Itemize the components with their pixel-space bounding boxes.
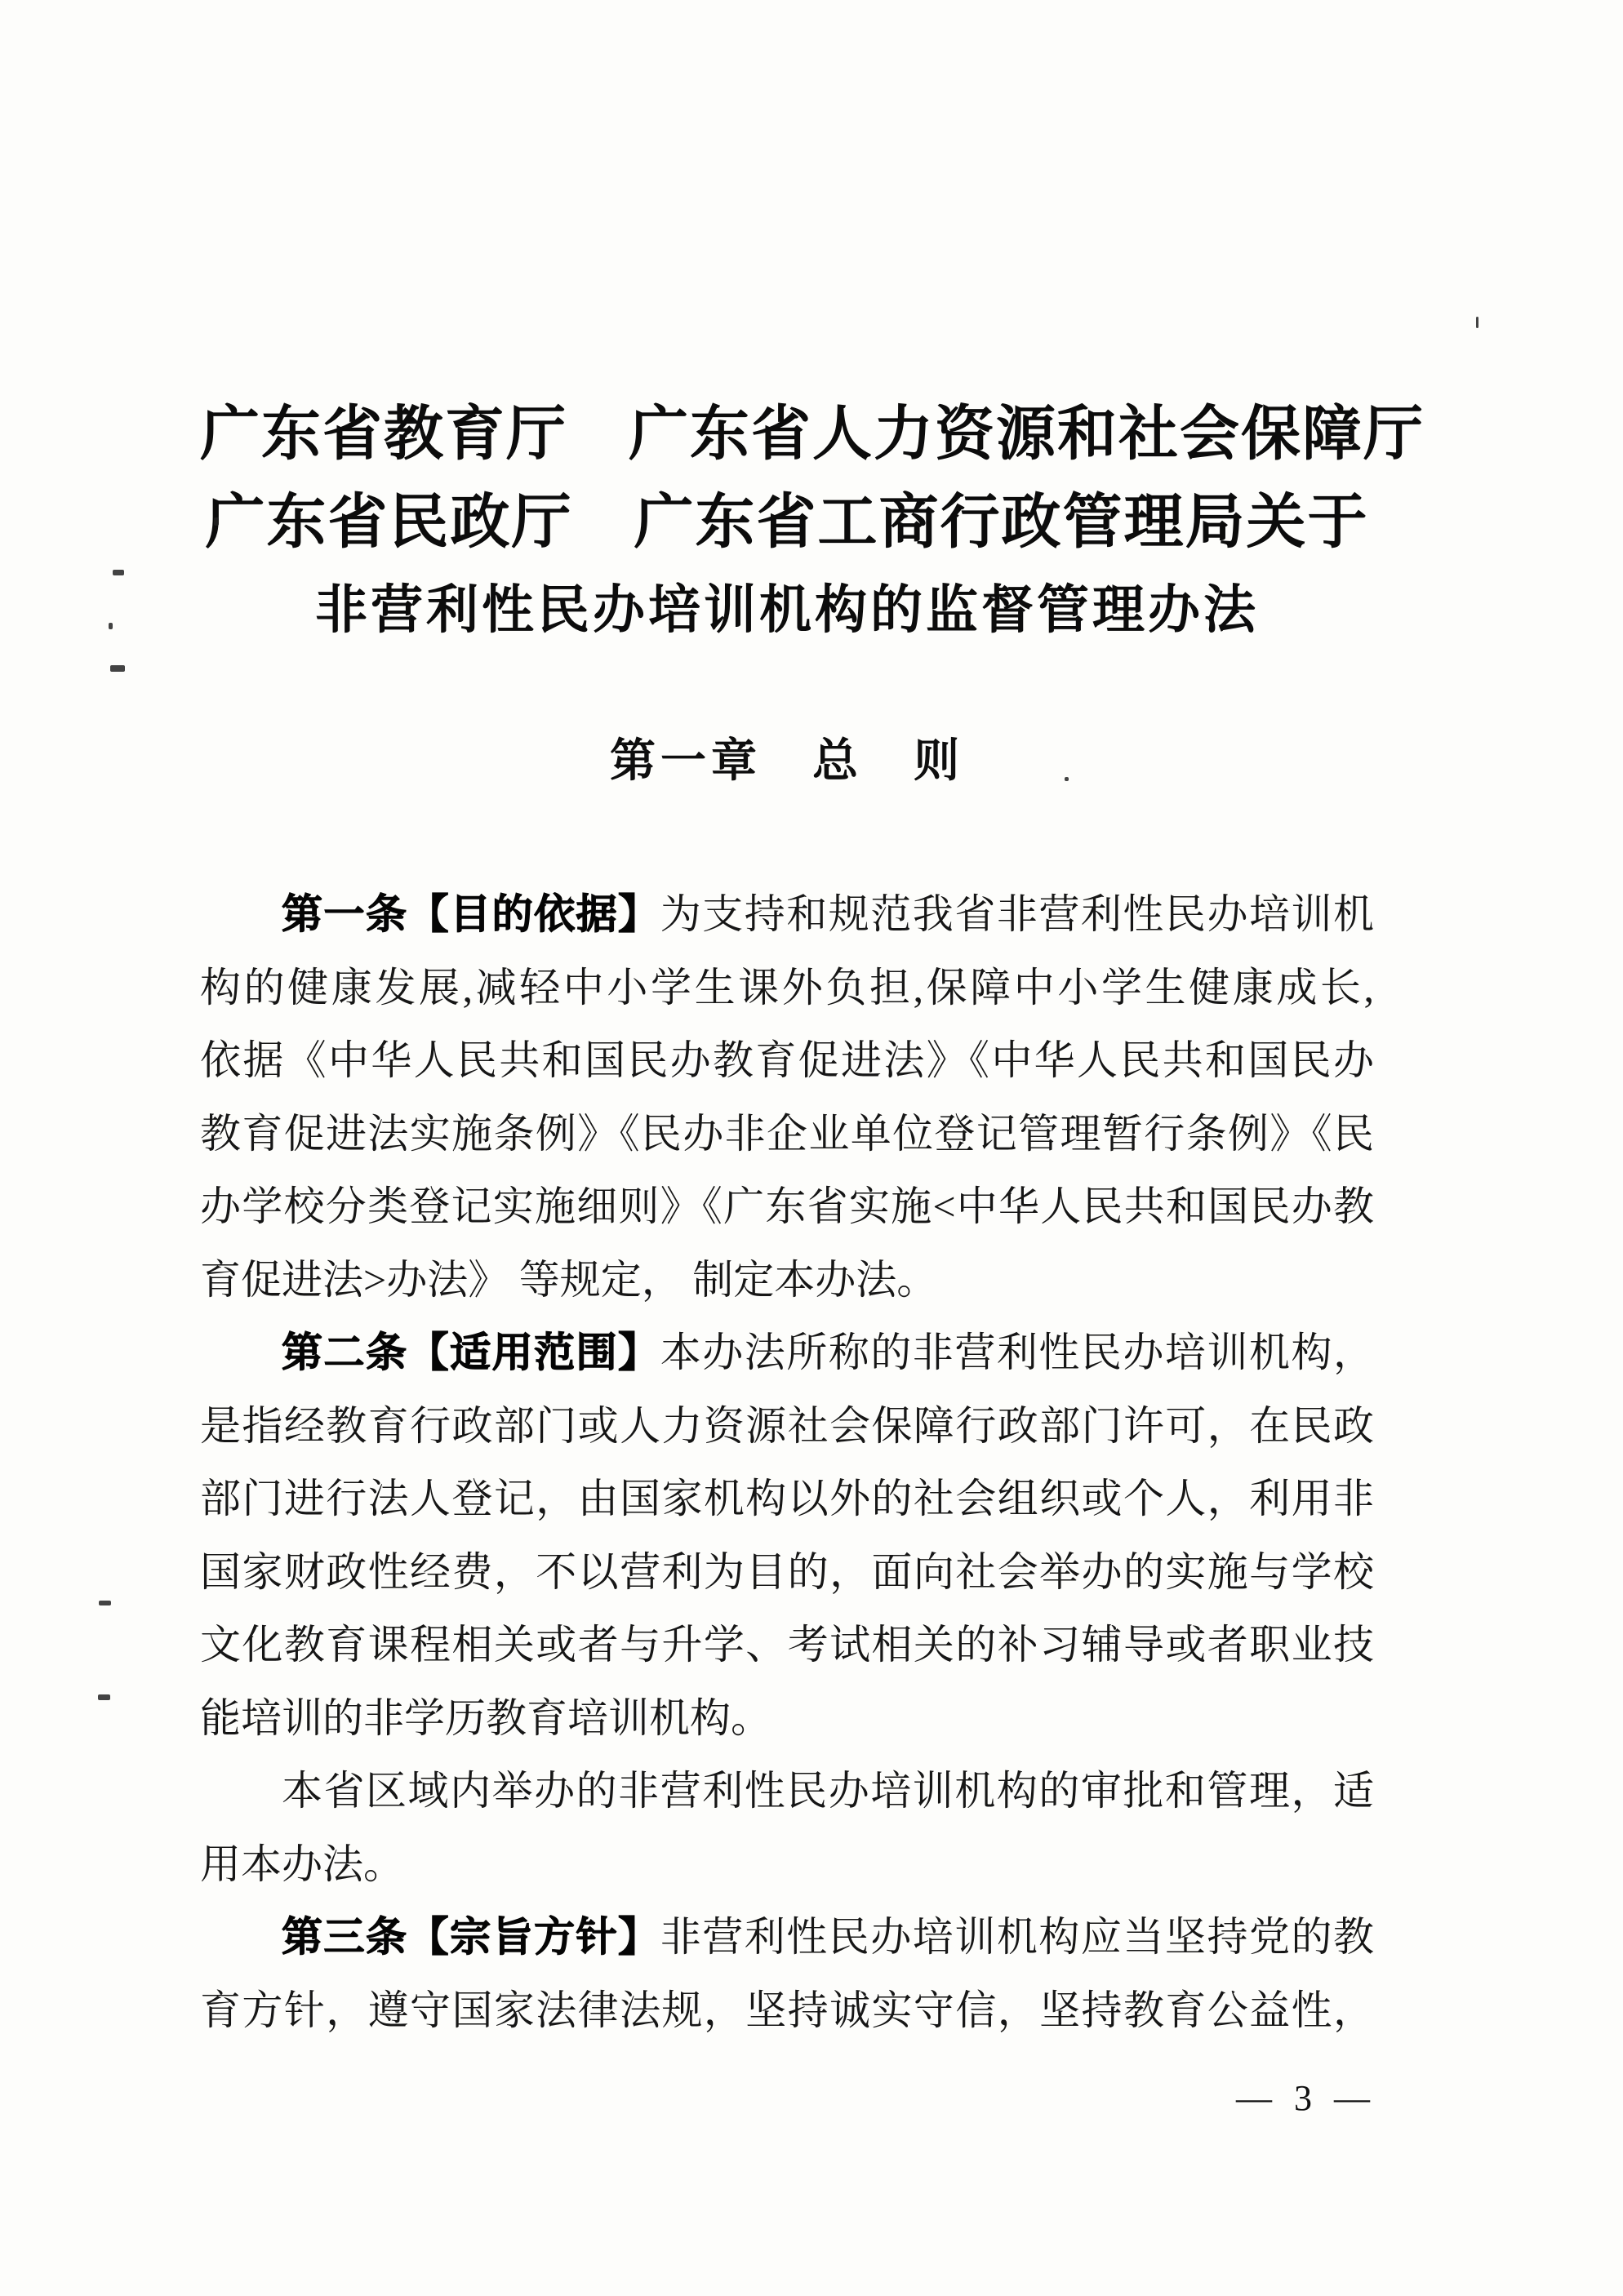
body-line: 育方针，遵守国家法律法规，坚持诚实守信，坚持教育公益性， xyxy=(200,1974,1374,2048)
body-line: 第一条【目的依据】为支持和规范我省非营利性民办培训机 xyxy=(200,878,1374,952)
article-lead: 第二条【适用范围】 xyxy=(282,1330,660,1375)
title-line-3: 非营利性民办培训机构的监督管理办法 xyxy=(200,566,1374,655)
article-lead: 第一条【目的依据】 xyxy=(282,891,660,937)
body-line: 本省区域内举办的非营利性民办培训机构的审批和管理，适 xyxy=(200,1755,1374,1828)
document-page: 广东省教育厅 广东省人力资源和社会保障厅 广东省民政厅 广东省工商行政管理局关于… xyxy=(0,0,1623,2296)
body-line-text: 非营利性民办培训机构应当坚持党的教 xyxy=(660,1914,1374,1960)
body-line: 文化教育课程相关或者与升学、考试相关的补习辅导或者职业技 xyxy=(200,1609,1374,1682)
body-line-text: 教育促进法实施条例》《民办非企业单位登记管理暂行条例》《民 xyxy=(200,1111,1374,1157)
body-line-text: 育促进法>办法》 等规定， 制定本办法。 xyxy=(200,1257,937,1303)
body-line: 国家财政性经费，不以营利为目的，面向社会举办的实施与学校 xyxy=(200,1536,1374,1610)
body-line-text: 本办法所称的非营利性民办培训机构， xyxy=(660,1330,1374,1375)
scan-speck xyxy=(1065,777,1069,781)
body-line-text: 本省区域内举办的非营利性民办培训机构的审批和管理，适 xyxy=(282,1768,1374,1814)
body-line-text: 育方针，遵守国家法律法规，坚持诚实守信，坚持教育公益性， xyxy=(200,1987,1374,2033)
chapter-heading: 第一章 总 则 xyxy=(200,725,1374,790)
body-line: 部门进行法人登记，由国家机构以外的社会组织或个人，利用非 xyxy=(200,1463,1374,1536)
scan-speck xyxy=(109,623,113,629)
body-line-text: 用本办法。 xyxy=(200,1841,404,1887)
body-line: 教育促进法实施条例》《民办非企业单位登记管理暂行条例》《民 xyxy=(200,1098,1374,1171)
body-line: 第三条【宗旨方针】非营利性民办培训机构应当坚持党的教 xyxy=(200,1901,1374,1974)
body-line-text: 国家财政性经费，不以营利为目的，面向社会举办的实施与学校 xyxy=(200,1549,1374,1595)
title-line-1: 广东省教育厅 广东省人力资源和社会保障厅 xyxy=(200,390,1374,478)
scan-speck xyxy=(214,517,219,526)
article-lead: 第三条【宗旨方针】 xyxy=(282,1914,660,1960)
document-body: 第一条【目的依据】为支持和规范我省非营利性民办培训机构的健康发展,减轻中小学生课… xyxy=(200,878,1374,2047)
body-line-text: 依据《中华人民共和国民办教育促进法》《中华人民共和国民办 xyxy=(200,1037,1374,1083)
body-line-text: 办学校分类登记实施细则》《广东省实施<中华人民共和国民办教 xyxy=(200,1184,1374,1229)
body-line-text: 部门进行法人登记，由国家机构以外的社会组织或个人，利用非 xyxy=(200,1476,1374,1521)
body-line-text: 文化教育课程相关或者与升学、考试相关的补习辅导或者职业技 xyxy=(200,1622,1374,1668)
body-line: 构的健康发展,减轻中小学生课外负担,保障中小学生健康成长, xyxy=(200,952,1374,1025)
body-line: 依据《中华人民共和国民办教育促进法》《中华人民共和国民办 xyxy=(200,1024,1374,1098)
scan-speck xyxy=(1476,317,1478,328)
body-line: 办学校分类登记实施细则》《广东省实施<中华人民共和国民办教 xyxy=(200,1170,1374,1244)
title-line-2: 广东省民政厅 广东省工商行政管理局关于 xyxy=(200,478,1374,566)
body-line-text: 能培训的非学历教育培训机构。 xyxy=(200,1695,771,1741)
body-line: 用本办法。 xyxy=(200,1828,1374,1902)
scan-speck xyxy=(110,665,125,672)
body-line: 第二条【适用范围】本办法所称的非营利性民办培训机构， xyxy=(200,1317,1374,1390)
page-number: — 3 — xyxy=(1200,2077,1412,2119)
scan-speck xyxy=(113,570,124,575)
body-line-text: 是指经教育行政部门或人力资源社会保障行政部门许可，在民政 xyxy=(200,1403,1374,1449)
body-line: 是指经教育行政部门或人力资源社会保障行政部门许可，在民政 xyxy=(200,1390,1374,1463)
body-line: 育促进法>办法》 等规定， 制定本办法。 xyxy=(200,1244,1374,1317)
document-title: 广东省教育厅 广东省人力资源和社会保障厅 广东省民政厅 广东省工商行政管理局关于… xyxy=(200,390,1374,655)
scan-speck xyxy=(98,1694,110,1700)
scan-speck xyxy=(99,1601,111,1605)
body-line-text: 为支持和规范我省非营利性民办培训机 xyxy=(660,891,1374,937)
body-line-text: 构的健康发展,减轻中小学生课外负担,保障中小学生健康成长, xyxy=(200,965,1374,1010)
body-line: 能培训的非学历教育培训机构。 xyxy=(200,1682,1374,1756)
